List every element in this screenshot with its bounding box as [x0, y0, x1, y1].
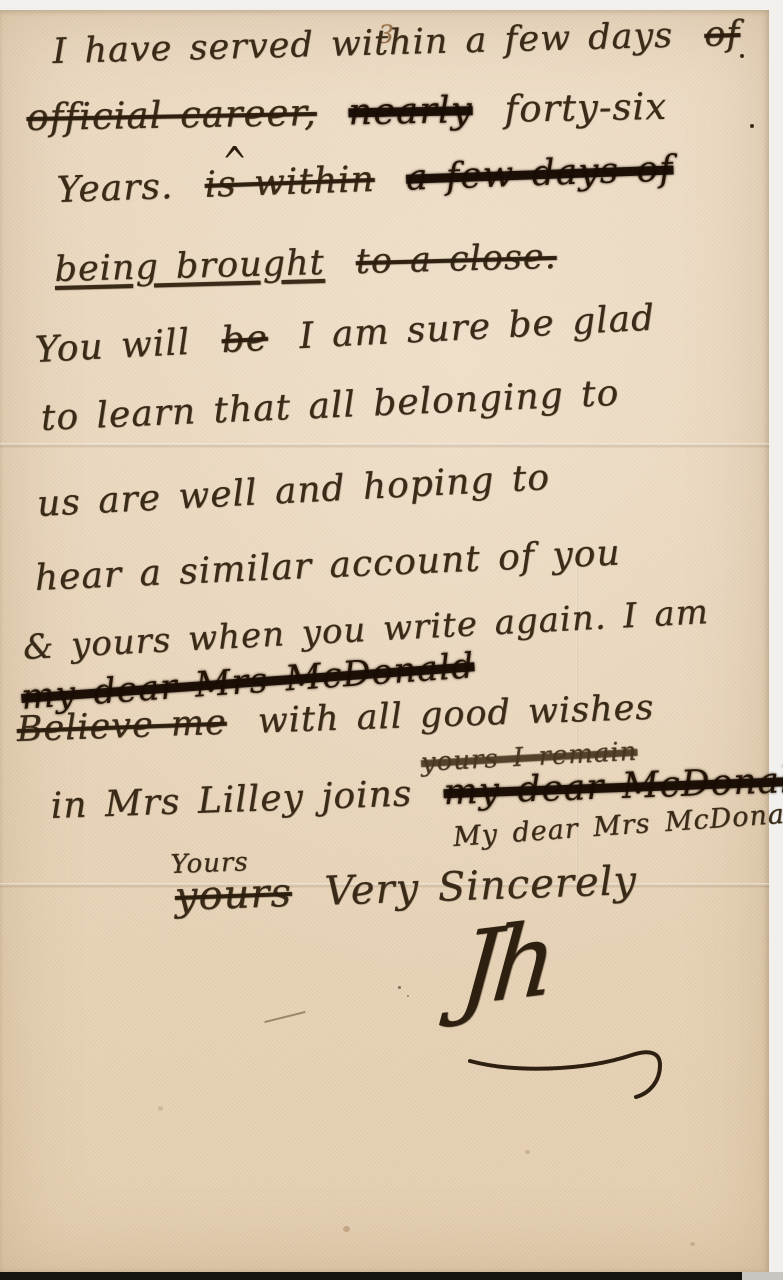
struck-text-segment: be [220, 318, 268, 361]
text-segment: us are well and hoping to [36, 457, 551, 525]
handwritten-line: being brought to a close. [54, 237, 557, 290]
scanner-background-bottom-right [742, 1272, 783, 1280]
paper-stain [690, 1242, 695, 1246]
text-segment: I have served within a few days [52, 16, 674, 72]
ink-dot [398, 986, 401, 989]
ink-dot [740, 54, 744, 58]
fold-crease-upper [0, 443, 769, 448]
struck-text-segment: is within [204, 159, 375, 206]
heavily-struck-text-segment: a few days of [405, 148, 674, 198]
handwritten-line: hear a similar account of you [34, 532, 621, 599]
text-segment: in Mrs Lilley joins [50, 773, 413, 827]
text-segment: forty-six [504, 85, 667, 131]
struck-text-segment: official career, [26, 91, 317, 139]
text-segment: to learn that all belonging to [40, 373, 620, 439]
text-segment: Very Sincerely [324, 858, 638, 915]
underlined-text-segment: being brought [54, 243, 325, 290]
struck-text-segment: to a close. [355, 237, 557, 282]
signature-flourish-icon [464, 1043, 684, 1103]
struck-text-segment: yours [174, 870, 293, 920]
struck-text-segment: of [704, 14, 741, 55]
handwritten-line: us are well and hoping to [36, 457, 551, 525]
text-segment: hear a similar account of you [34, 532, 621, 599]
handwritten-line: Years. is within a few days of [56, 148, 674, 211]
heavily-struck-text-segment: nearly [348, 88, 473, 133]
pencil-dash-mark [264, 1011, 305, 1023]
struck-text-segment: Believe me [16, 703, 227, 750]
ink-dot [750, 124, 754, 128]
handwritten-line: You will be I am sure be glad [34, 298, 656, 371]
paper-stain [158, 1106, 163, 1111]
text-segment: I am sure be glad [298, 298, 656, 358]
text-segment: Years. [56, 166, 174, 211]
handwritten-line: I have served within a few days of [52, 14, 741, 72]
paper-stain [343, 1226, 350, 1232]
letter-paper: 3 I have served within a few days of off… [0, 10, 769, 1272]
handwritten-line: to learn that all belonging to [40, 373, 620, 439]
scanner-background-bottom [0, 1272, 742, 1280]
text-segment: You will [34, 322, 191, 371]
signature: Jh [450, 915, 710, 1085]
ink-dot [407, 995, 409, 997]
handwritten-line: official career, nearly forty-six [26, 85, 667, 139]
paper-stain [525, 1150, 530, 1154]
scanned-letter-page: 3 I have served within a few days of off… [0, 0, 783, 1280]
signature-initials: Jh [456, 909, 553, 1022]
